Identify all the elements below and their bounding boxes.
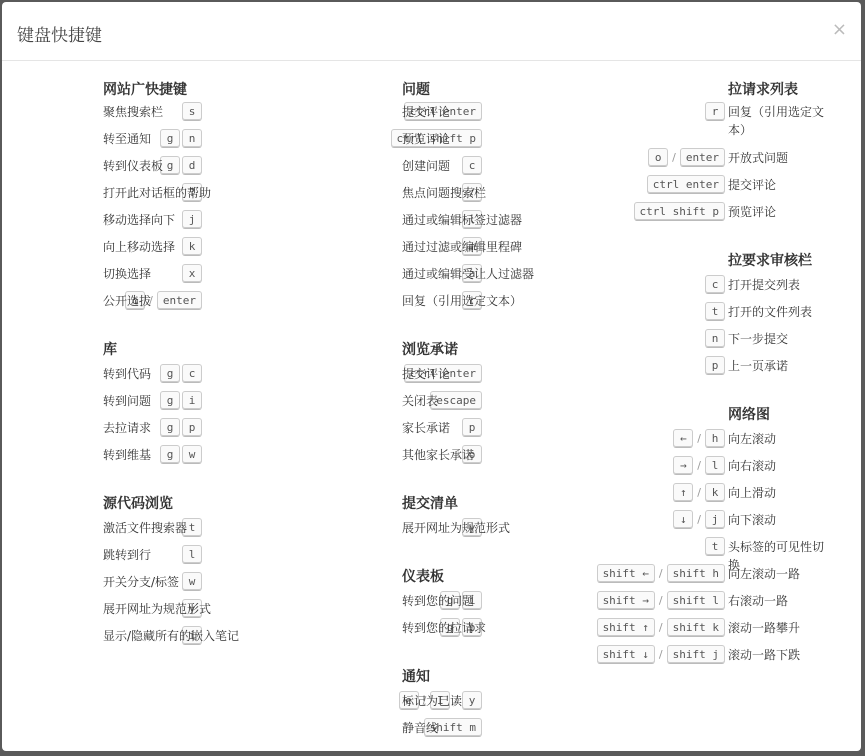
modal-header: 键盘快捷键 ×: [2, 2, 861, 61]
key-cap: t: [705, 302, 725, 321]
shortcut-keys: p: [462, 417, 482, 437]
key-cap: k: [182, 237, 202, 256]
shortcut-keys: ←/h: [673, 428, 725, 448]
section-title: 通知: [402, 666, 430, 686]
shortcut-row: n下一步提交: [582, 328, 861, 355]
shortcut-row: t激活文件搜索器: [2, 517, 292, 544]
shortcut-description: 其他家长承诺: [402, 446, 474, 464]
shortcut-row: l通过或编辑标签过滤器: [292, 209, 582, 236]
section-title: 库: [103, 339, 117, 359]
shortcut-description: 预览评论: [728, 203, 832, 221]
close-icon[interactable]: ×: [832, 21, 847, 39]
shortcut-row: c创建问题: [292, 155, 582, 182]
shortcut-row: t头标签的可见性切换: [582, 536, 861, 563]
key-cap: j: [182, 210, 202, 229]
shortcut-row: o其他家长承诺: [292, 444, 582, 471]
shortcut-keys: gc: [160, 363, 202, 383]
shortcut-row: shift →/shift l右滚动一路: [582, 590, 861, 617]
key-cap: t: [705, 537, 725, 556]
section-title: 仪表板: [402, 566, 444, 586]
shortcut-row: gp去拉请求: [2, 417, 292, 444]
shortcut-row: gn转至通知: [2, 128, 292, 155]
shortcut-row: ctrl shift p预览评论: [582, 201, 861, 228]
shortcut-description: 向上滑动: [728, 484, 832, 502]
shortcut-description: 转至通知: [103, 130, 151, 148]
key-cap: →: [673, 456, 693, 475]
shortcut-row: ←/h向左滚动: [582, 428, 861, 455]
shortcut-row: p家长承诺: [292, 417, 582, 444]
shortcut-description: 转到代码: [103, 365, 151, 383]
shortcut-keys: s: [182, 101, 202, 121]
shortcut-description: 关闭表: [402, 392, 438, 410]
keyboard-shortcuts-modal: 键盘快捷键 × 网站广快捷键s聚焦搜索栏gn转至通知gd转到仪表板?打开此对话框…: [2, 2, 861, 751]
section-title: 浏览承诺: [402, 339, 458, 359]
shortcut-row: ctrl enter提交评论: [292, 363, 582, 390]
key-cap: s: [182, 102, 202, 121]
shortcut-description: 通过或编辑受让人过滤器: [402, 265, 534, 283]
shortcut-description: 转到维基: [103, 446, 151, 464]
shortcut-keys: t: [705, 301, 725, 321]
shortcut-description: 转到问题: [103, 392, 151, 410]
shortcut-row: ctrl enter提交评论: [582, 174, 861, 201]
shortcut-description: 通过或编辑标签过滤器: [402, 211, 522, 229]
shortcut-keys: gp: [160, 417, 202, 437]
shortcut-description: 转到仪表板: [103, 157, 163, 175]
key-separator: /: [657, 621, 665, 634]
shortcut-row: m通过过滤或编辑里程碑: [292, 236, 582, 263]
key-separator: /: [695, 459, 703, 472]
key-cap: d: [182, 156, 202, 175]
shortcut-row: e/I/y标记为已读: [292, 690, 582, 717]
key-cap: ↓: [673, 510, 693, 529]
shortcut-description: 显示/隐藏所有的嵌入笔记: [103, 627, 239, 645]
shortcut-keys: x: [182, 263, 202, 283]
shortcut-description: 公开选拔: [103, 292, 151, 310]
key-cap: shift ↓: [597, 645, 655, 664]
shortcut-keys: o/enter: [648, 147, 725, 167]
shortcut-description: 向右滚动: [728, 457, 832, 475]
shortcut-keys: c: [705, 274, 725, 294]
shortcut-description: 开关分支/标签: [103, 573, 179, 591]
key-cap: p: [462, 418, 482, 437]
key-cap: shift h: [667, 564, 725, 583]
shortcut-description: 向左滚动一路: [728, 565, 832, 583]
key-cap: y: [462, 691, 482, 710]
key-separator: /: [695, 513, 703, 526]
key-cap: shift ↑: [597, 618, 655, 637]
shortcut-row: w开关分支/标签: [2, 571, 292, 598]
key-cap: enter: [157, 291, 202, 310]
shortcut-description: 展开网址为规范形式: [103, 600, 211, 618]
shortcut-description: 展开网址为规范形式: [402, 519, 510, 537]
shortcut-row: ctrl enter提交评论: [292, 101, 582, 128]
shortcut-description: 家长承诺: [402, 419, 450, 437]
shortcut-row: i显示/隐藏所有的嵌入笔记: [2, 625, 292, 652]
shortcut-description: 打开的文件列表: [728, 303, 832, 321]
shortcut-row: y展开网址为规范形式: [292, 517, 582, 544]
shortcut-row: o/enter开放式问题: [582, 147, 861, 174]
key-cap: g: [160, 391, 180, 410]
modal-title: 键盘快捷键: [17, 21, 102, 46]
section-title: 拉请求列表: [728, 79, 798, 99]
shortcut-row: t打开的文件列表: [582, 301, 861, 328]
shortcut-row: ↓/j向下滚动: [582, 509, 861, 536]
key-cap: w: [182, 572, 202, 591]
shortcut-row: gp转到您的拉请求: [292, 617, 582, 644]
shortcut-row: r回复（引用选定文本）: [292, 290, 582, 317]
shortcut-row: gd转到仪表板: [2, 155, 292, 182]
shortcut-description: 切换选择: [103, 265, 151, 283]
section-title: 网站广快捷键: [103, 79, 187, 99]
shortcut-keys: r: [705, 101, 725, 121]
key-cap: c: [462, 156, 482, 175]
key-cap: g: [160, 129, 180, 148]
shortcut-row: o/enter公开选拔: [2, 290, 292, 317]
key-cap: ←: [673, 429, 693, 448]
shortcut-description: 转到您的问题: [402, 592, 474, 610]
key-cap: c: [705, 275, 725, 294]
shortcut-description: 开放式问题: [728, 149, 832, 167]
shortcut-row: gi转到问题: [2, 390, 292, 417]
shortcut-keys: j: [182, 209, 202, 229]
shortcut-description: 向下滚动: [728, 511, 832, 529]
shortcut-keys: gw: [160, 444, 202, 464]
key-cap: r: [705, 102, 725, 121]
key-cap: shift →: [597, 591, 655, 610]
shortcut-description: 滚动一路攀升: [728, 619, 832, 637]
shortcut-row: escape关闭表: [292, 390, 582, 417]
shortcut-description: 上一页承诺: [728, 357, 832, 375]
shortcut-row: gc转到代码: [2, 363, 292, 390]
key-cap: g: [160, 364, 180, 383]
shortcut-description: 回复（引用选定文本）: [728, 103, 832, 139]
shortcut-row: shift ↑/shift k滚动一路攀升: [582, 617, 861, 644]
shortcut-description: 标记为已读: [402, 692, 462, 710]
key-cap: l: [182, 545, 202, 564]
section-title: 拉要求审核栏: [728, 250, 812, 270]
key-cap: h: [705, 429, 725, 448]
shortcut-row: a通过或编辑受让人过滤器: [292, 263, 582, 290]
shortcut-description: 打开提交列表: [728, 276, 832, 294]
shortcut-keys: c: [462, 155, 482, 175]
shortcut-description: 通过过滤或编辑里程碑: [402, 238, 522, 256]
shortcut-keys: shift ←/shift h: [597, 563, 725, 583]
key-separator: /: [670, 151, 678, 164]
key-cap: ctrl shift p: [634, 202, 725, 221]
shortcut-keys: ↓/j: [673, 509, 725, 529]
shortcut-keys: p: [705, 355, 725, 375]
shortcut-row: shift ↓/shift j滚动一路下跌: [582, 644, 861, 671]
shortcut-keys: n: [705, 328, 725, 348]
shortcut-description: 预览评论: [402, 130, 450, 148]
shortcut-description: 去拉请求: [103, 419, 151, 437]
key-cap: l: [705, 456, 725, 475]
shortcut-description: 右滚动一路: [728, 592, 832, 610]
shortcut-row: y展开网址为规范形式: [2, 598, 292, 625]
shortcut-keys: k: [182, 236, 202, 256]
shortcut-row: j移动选择向下: [2, 209, 292, 236]
key-cap: shift j: [667, 645, 725, 664]
shortcut-keys: ↑/k: [673, 482, 725, 502]
key-cap: j: [705, 510, 725, 529]
key-cap: p: [182, 418, 202, 437]
key-separator: /: [657, 594, 665, 607]
shortcut-keys: gi: [160, 390, 202, 410]
shortcut-keys: →/l: [673, 455, 725, 475]
shortcut-description: 提交评论: [402, 365, 450, 383]
shortcut-row: l跳转到行: [2, 544, 292, 571]
key-cap: shift k: [667, 618, 725, 637]
shortcut-row: gw转到维基: [2, 444, 292, 471]
shortcut-keys: l: [182, 544, 202, 564]
shortcut-row: p上一页承诺: [582, 355, 861, 382]
key-cap: shift l: [667, 591, 725, 610]
key-cap: k: [705, 483, 725, 502]
shortcut-row: →/l向右滚动: [582, 455, 861, 482]
section-title: 问题: [402, 79, 430, 99]
shortcut-description: 焦点问题搜索栏: [402, 184, 486, 202]
shortcut-description: 下一步提交: [728, 330, 832, 348]
key-separator: /: [695, 486, 703, 499]
shortcut-row: s聚焦搜索栏: [2, 101, 292, 128]
shortcut-row: gi转到您的问题: [292, 590, 582, 617]
shortcut-description: 激活文件搜索器: [103, 519, 187, 537]
key-cap: ctrl enter: [647, 175, 725, 194]
key-cap: w: [182, 445, 202, 464]
section-title: 提交清单: [402, 493, 458, 513]
section-title: 网络图: [728, 404, 770, 424]
key-cap: x: [182, 264, 202, 283]
shortcut-keys: shift ↓/shift j: [597, 644, 725, 664]
shortcut-keys: shift →/shift l: [597, 590, 725, 610]
key-separator: /: [657, 567, 665, 580]
shortcut-description: 转到您的拉请求: [402, 619, 486, 637]
shortcut-row: k向上移动选择: [2, 236, 292, 263]
section-title: 源代码浏览: [103, 493, 173, 513]
key-cap: enter: [680, 148, 725, 167]
shortcut-row: c打开提交列表: [582, 274, 861, 301]
shortcut-description: 滚动一路下跌: [728, 646, 832, 664]
shortcut-description: 跳转到行: [103, 546, 151, 564]
key-cap: ↑: [673, 483, 693, 502]
key-cap: o: [648, 148, 668, 167]
shortcut-row: /焦点问题搜索栏: [292, 182, 582, 209]
shortcut-keys: shift ↑/shift k: [597, 617, 725, 637]
shortcut-description: 聚焦搜索栏: [103, 103, 163, 121]
shortcut-row: ?打开此对话框的帮助: [2, 182, 292, 209]
shortcut-row: ctrl shift p预览评论: [292, 128, 582, 155]
key-cap: n: [705, 329, 725, 348]
key-separator: /: [657, 648, 665, 661]
shortcut-description: 向上移动选择: [103, 238, 175, 256]
key-separator: /: [695, 432, 703, 445]
shortcut-row: shift ←/shift h向左滚动一路: [582, 563, 861, 590]
shortcut-keys: gd: [160, 155, 202, 175]
shortcut-keys: gn: [160, 128, 202, 148]
shortcut-description: 提交评论: [402, 103, 450, 121]
key-cap: g: [160, 445, 180, 464]
shortcut-description: 移动选择向下: [103, 211, 175, 229]
key-cap: n: [182, 129, 202, 148]
key-cap: g: [160, 418, 180, 437]
shortcut-description: 打开此对话框的帮助: [103, 184, 211, 202]
shortcut-keys: w: [182, 571, 202, 591]
shortcut-keys: t: [705, 536, 725, 556]
shortcut-row: r回复（引用选定文本）: [582, 101, 861, 128]
key-cap: i: [182, 391, 202, 410]
shortcut-keys: ctrl shift p: [634, 201, 725, 221]
shortcut-keys: ctrl enter: [647, 174, 725, 194]
shortcut-description: 向左滚动: [728, 430, 832, 448]
shortcut-row: ↑/k向上滑动: [582, 482, 861, 509]
shortcut-row: shift m静音线: [292, 717, 582, 744]
shortcut-description: 创建问题: [402, 157, 450, 175]
key-cap: p: [705, 356, 725, 375]
shortcut-description: 提交评论: [728, 176, 832, 194]
shortcut-description: 静音线: [402, 719, 438, 737]
shortcut-row: x切换选择: [2, 263, 292, 290]
key-cap: shift ←: [597, 564, 655, 583]
shortcut-description: 回复（引用选定文本）: [402, 292, 522, 310]
key-cap: c: [182, 364, 202, 383]
